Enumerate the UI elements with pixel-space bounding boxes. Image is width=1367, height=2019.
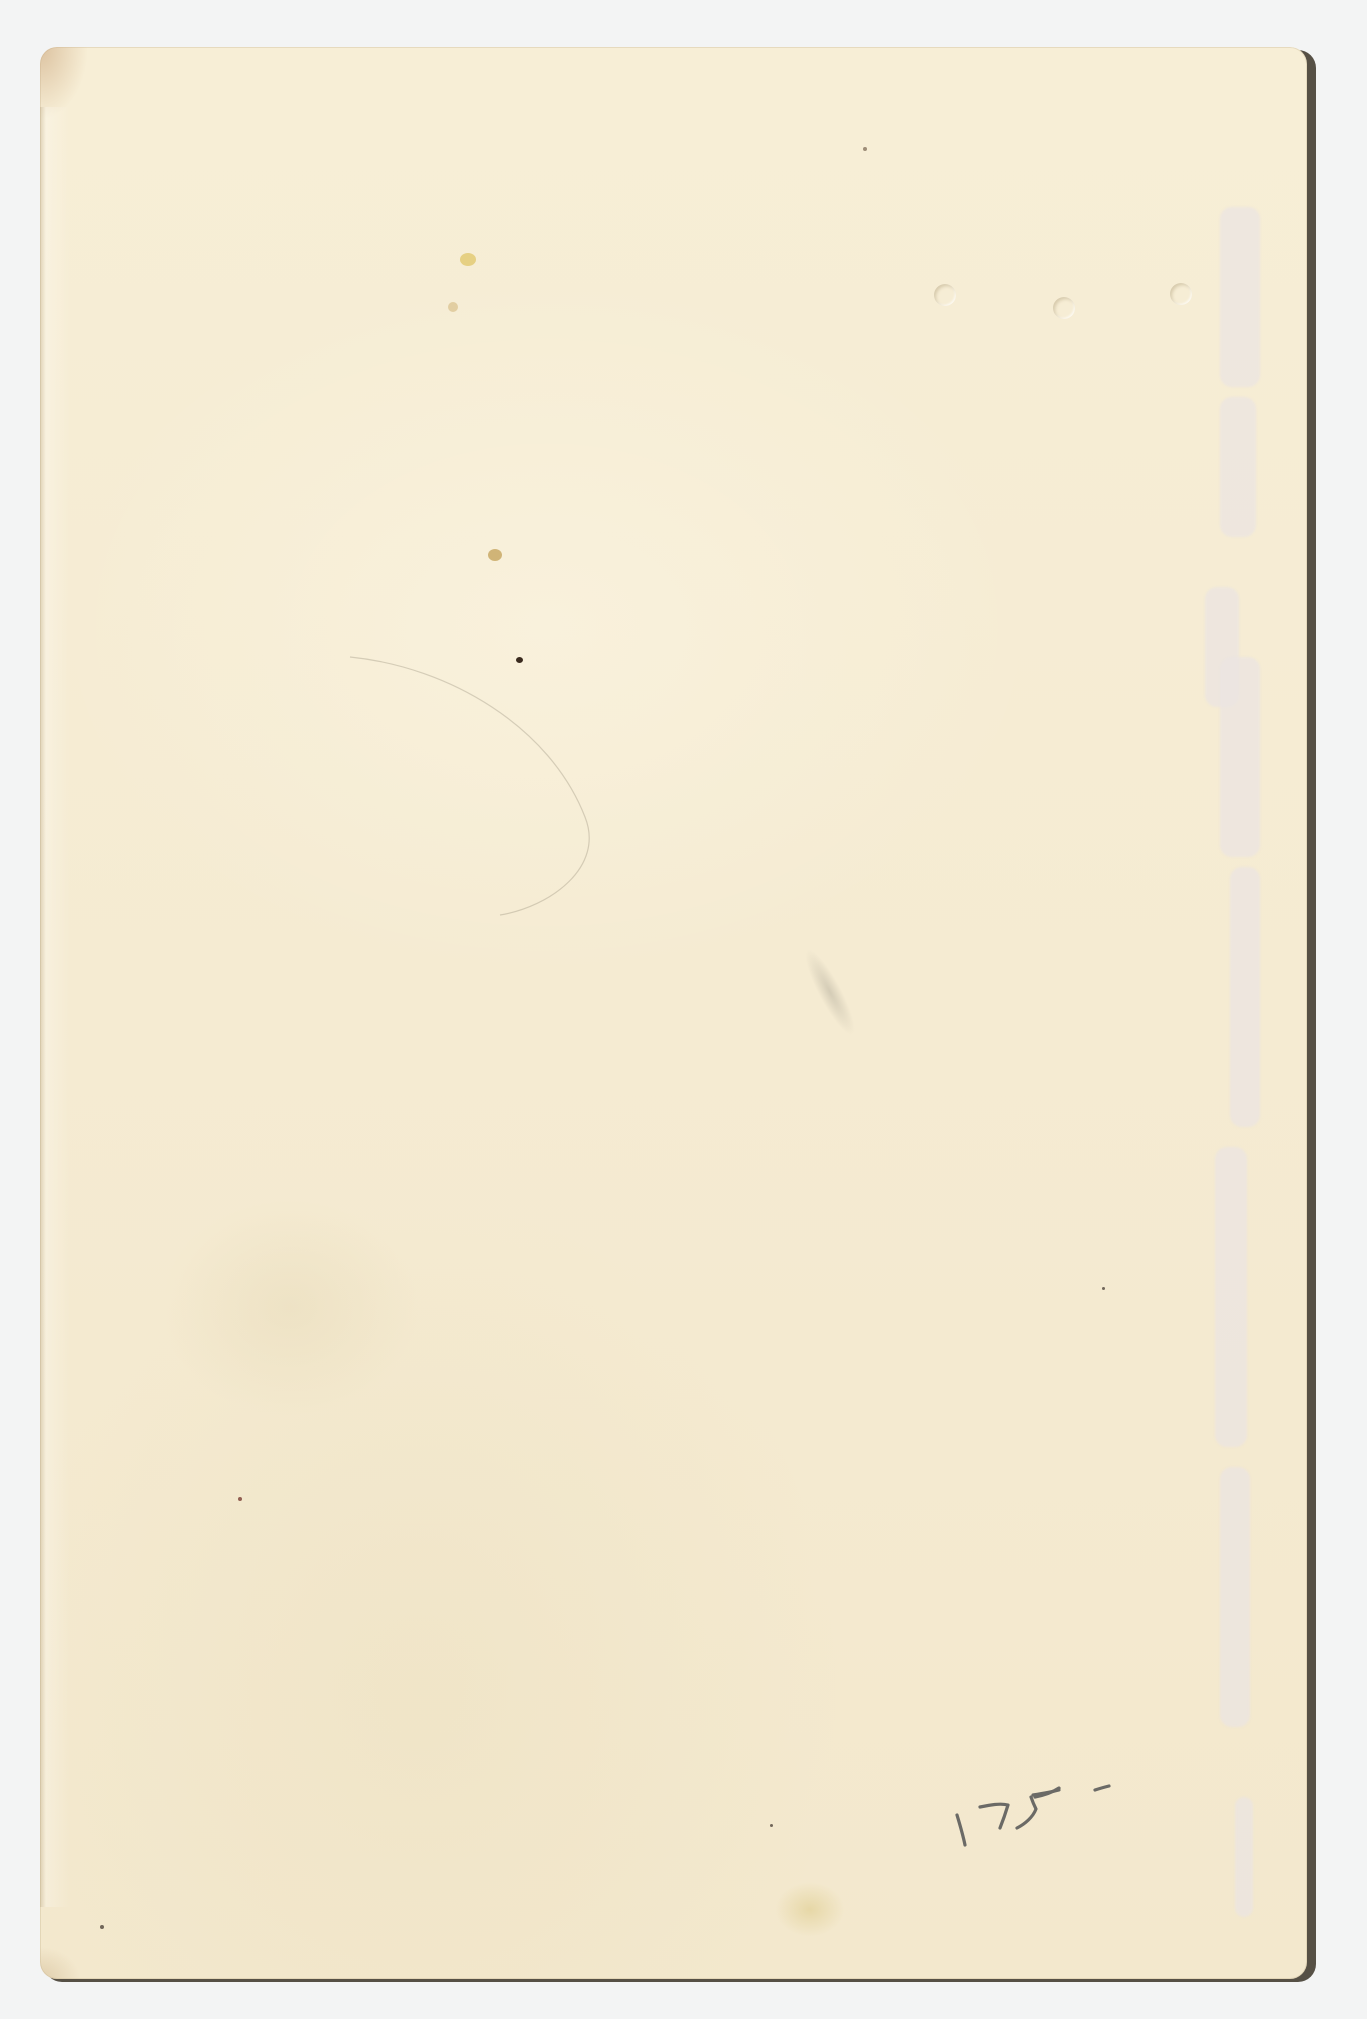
corner-stain-bottom-left	[40, 1929, 100, 1979]
dark-speck	[1102, 1287, 1105, 1290]
gray-smudge	[773, 921, 887, 1064]
pencil-handwriting-175	[905, 1745, 1145, 1855]
dark-speck	[770, 1824, 773, 1827]
dark-speck	[238, 1497, 242, 1501]
yellow-speck	[448, 302, 458, 312]
album-residue-strip	[1220, 207, 1260, 387]
yellow-speck	[460, 253, 476, 266]
album-residue-strip	[1215, 1147, 1247, 1447]
yellow-speck	[488, 549, 502, 561]
handwritten-annotation: 175	[905, 1745, 1145, 1855]
yellow-stain	[775, 1882, 845, 1937]
pencil-oval-mark	[330, 647, 610, 917]
left-edge-wear	[40, 107, 70, 1907]
photo-card-back	[40, 47, 1307, 1979]
album-residue-strip	[1235, 1797, 1253, 1917]
embossed-dot	[1170, 283, 1192, 305]
dark-speck	[100, 1925, 104, 1929]
album-residue-strip	[1220, 657, 1260, 857]
embossed-dot	[934, 284, 956, 306]
album-residue-strip	[1230, 867, 1260, 1127]
faint-stain	[160, 1197, 420, 1417]
album-residue-strip	[1220, 1467, 1250, 1727]
embossed-dot	[1053, 297, 1075, 319]
handwritten-number: 175	[905, 1745, 907, 1746]
album-residue-strip	[1220, 397, 1256, 537]
dark-speck	[863, 147, 867, 151]
